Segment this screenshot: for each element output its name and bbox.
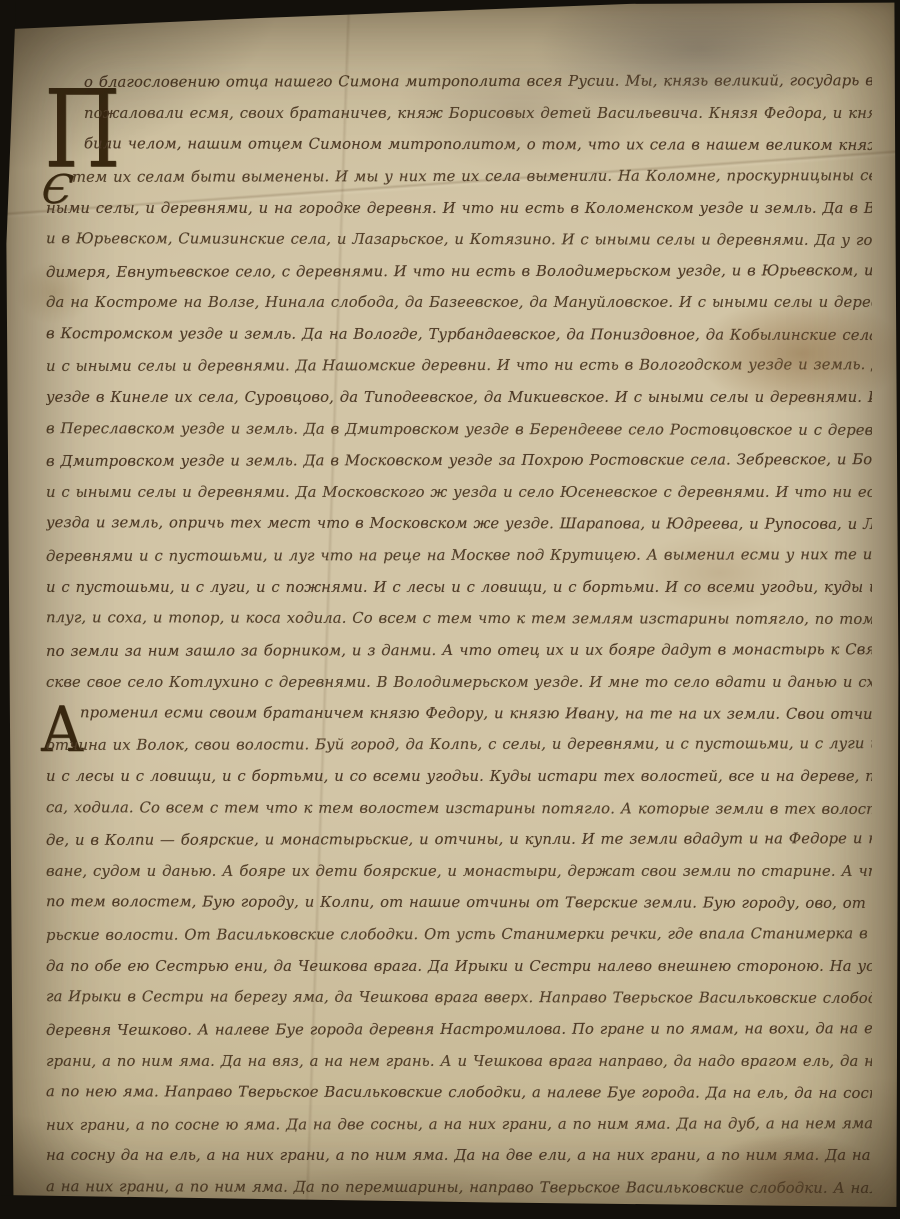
manuscript-photo: П Є А о благословению отца нашего Симона… bbox=[0, 0, 900, 1219]
text-line: них грани, а по сосне ю яма. Да на две с… bbox=[46, 1108, 872, 1141]
text-line: и с пустошьми, и с луги, и с пожнями. И … bbox=[46, 572, 872, 604]
text-line: променил есми своим братаничем князю Фед… bbox=[46, 697, 872, 730]
text-line: пожаловали есмя, своих братаничев, княж … bbox=[46, 98, 872, 130]
text-line: о благословению отца нашего Симона митро… bbox=[46, 66, 872, 98]
text-line: де, и в Колпи — боярские, и монастырьски… bbox=[46, 823, 872, 856]
text-line: да по обе ею Сестрью ени, да Чешкова вра… bbox=[46, 951, 872, 983]
text-line: в Дмитровском уезде и земль. Да в Москов… bbox=[46, 444, 872, 477]
text-line: отчина их Волок, свои волости. Буй город… bbox=[46, 729, 872, 762]
text-line: скве свое село Котлухино с деревнями. В … bbox=[46, 666, 872, 698]
manuscript-text-block: о благословению отца нашего Симона митро… bbox=[46, 66, 872, 1206]
text-line: а на них грани, а по ним яма. Да по пере… bbox=[46, 1171, 872, 1204]
text-line: на сосну да на ель, а на них грани, а по… bbox=[46, 1140, 872, 1172]
parchment-sheet: П Є А о благословению отца нашего Симона… bbox=[0, 0, 900, 1219]
text-line: а по нею яма. Направо Тверьское Василько… bbox=[46, 1076, 872, 1109]
text-line: са, ходила. Со всем с тем что к тем воло… bbox=[46, 792, 872, 825]
text-line: били челом, нашим отцем Симоном митропол… bbox=[46, 128, 872, 161]
text-line: деревнями и с пустошьми, и луг что на ре… bbox=[46, 539, 872, 572]
text-line: грани, а по ним яма. Да на вяз, а на нем… bbox=[46, 1045, 872, 1077]
text-line: и с лесы и с ловищи, и с бортьми, и со в… bbox=[46, 761, 872, 793]
text-line: и с ыными селы и деревнями. Да Московско… bbox=[46, 477, 872, 509]
text-line: ване, судом и данью. А бояре их дети боя… bbox=[46, 856, 872, 888]
text-line: в Костромском уезде и земль. Да на Волог… bbox=[46, 318, 872, 351]
text-line: димеря, Евнутьевское село, с деревнями. … bbox=[46, 255, 872, 288]
text-line: тем их селам быти выменены. И мы у них т… bbox=[46, 160, 872, 193]
text-line: и с ыными селы и деревнями. Да Нашомские… bbox=[46, 349, 872, 382]
text-line: и в Юрьевском, Симизинские села, и Лазар… bbox=[46, 223, 872, 256]
text-line: деревня Чешково. А налеве Буе города дер… bbox=[46, 1013, 872, 1046]
text-line: плуг, и соха, и топор, и коса ходила. Со… bbox=[46, 602, 872, 635]
text-line: рьские волости. От Васильковские слободк… bbox=[46, 918, 872, 951]
text-line: да на Костроме на Волзе, Нинала слобода,… bbox=[46, 287, 872, 319]
text-line: в Переславском уезде и земль. Да в Дмитр… bbox=[46, 413, 872, 446]
text-line: по тем волостем, Бую городу, и Колпи, от… bbox=[46, 887, 872, 920]
text-line: уезда и земль, опричь тех мест что в Мос… bbox=[46, 507, 872, 540]
text-line: уезде в Кинеле их села, Суровцово, да Ти… bbox=[46, 382, 872, 414]
text-line: по земли за ним зашло за борником, и з д… bbox=[46, 634, 872, 667]
text-line: ными селы, и деревнями, и на городке дер… bbox=[46, 192, 872, 224]
text-line: га Ирыки в Сестри на берегу яма, да Чешк… bbox=[46, 981, 872, 1014]
